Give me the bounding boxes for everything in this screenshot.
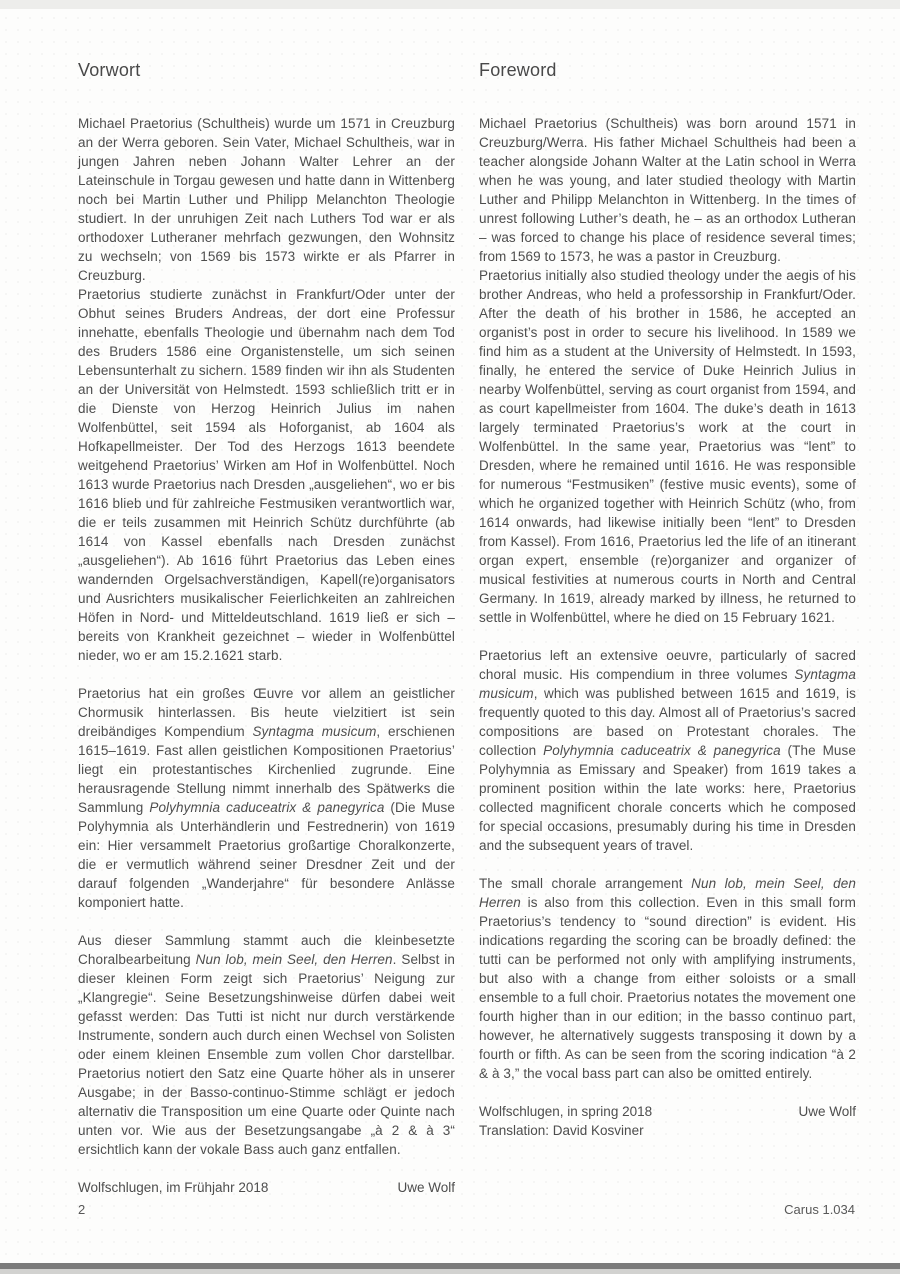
paragraph-de-4: Aus dieser Sammlung stammt auch die klei… xyxy=(78,931,455,1159)
heading-vorwort: Vorwort xyxy=(78,60,455,81)
two-column-text: Vorwort Michael Praetorius (Schultheis) … xyxy=(78,60,856,1197)
paragraph-en-2: Praetorius initially also studied theolo… xyxy=(479,266,856,627)
paragraph-de-2: Praetorius studierte zunächst in Frankfu… xyxy=(78,285,455,665)
signature-author-de: Uwe Wolf xyxy=(397,1178,455,1197)
scan-top-edge xyxy=(0,0,900,9)
edition-number: Carus 1.034 xyxy=(784,1202,855,1217)
paragraph-en-1: Michael Praetorius (Schultheis) was born… xyxy=(479,114,856,266)
paragraph-de-3: Praetorius hat ein großes Œuvre vor alle… xyxy=(78,684,455,912)
paragraph-en-4: The small chorale arrangement Nun lob, m… xyxy=(479,874,856,1083)
scanned-foreword-page: Vorwort Michael Praetorius (Schultheis) … xyxy=(0,0,900,1274)
signature-german: Wolfschlugen, im Frühjahr 2018 Uwe Wolf xyxy=(78,1178,455,1197)
page-footer: 2 Carus 1.034 xyxy=(78,1202,855,1217)
page-number: 2 xyxy=(78,1202,85,1217)
scan-bottom-edge xyxy=(0,1269,900,1274)
signature-english: Wolfschlugen, in spring 2018 Uwe Wolf xyxy=(479,1102,856,1121)
signature-author-en: Uwe Wolf xyxy=(798,1102,856,1121)
column-english: Foreword Michael Praetorius (Schultheis)… xyxy=(479,60,856,1197)
signature-place-date-de: Wolfschlugen, im Frühjahr 2018 xyxy=(78,1178,268,1197)
column-german: Vorwort Michael Praetorius (Schultheis) … xyxy=(78,60,455,1197)
paragraph-de-1: Michael Praetorius (Schultheis) wurde um… xyxy=(78,114,455,285)
translation-credit: Translation: David Kosviner xyxy=(479,1121,856,1140)
heading-foreword: Foreword xyxy=(479,60,856,81)
signature-place-date-en: Wolfschlugen, in spring 2018 xyxy=(479,1102,652,1121)
paragraph-en-3: Praetorius left an extensive oeuvre, par… xyxy=(479,646,856,855)
